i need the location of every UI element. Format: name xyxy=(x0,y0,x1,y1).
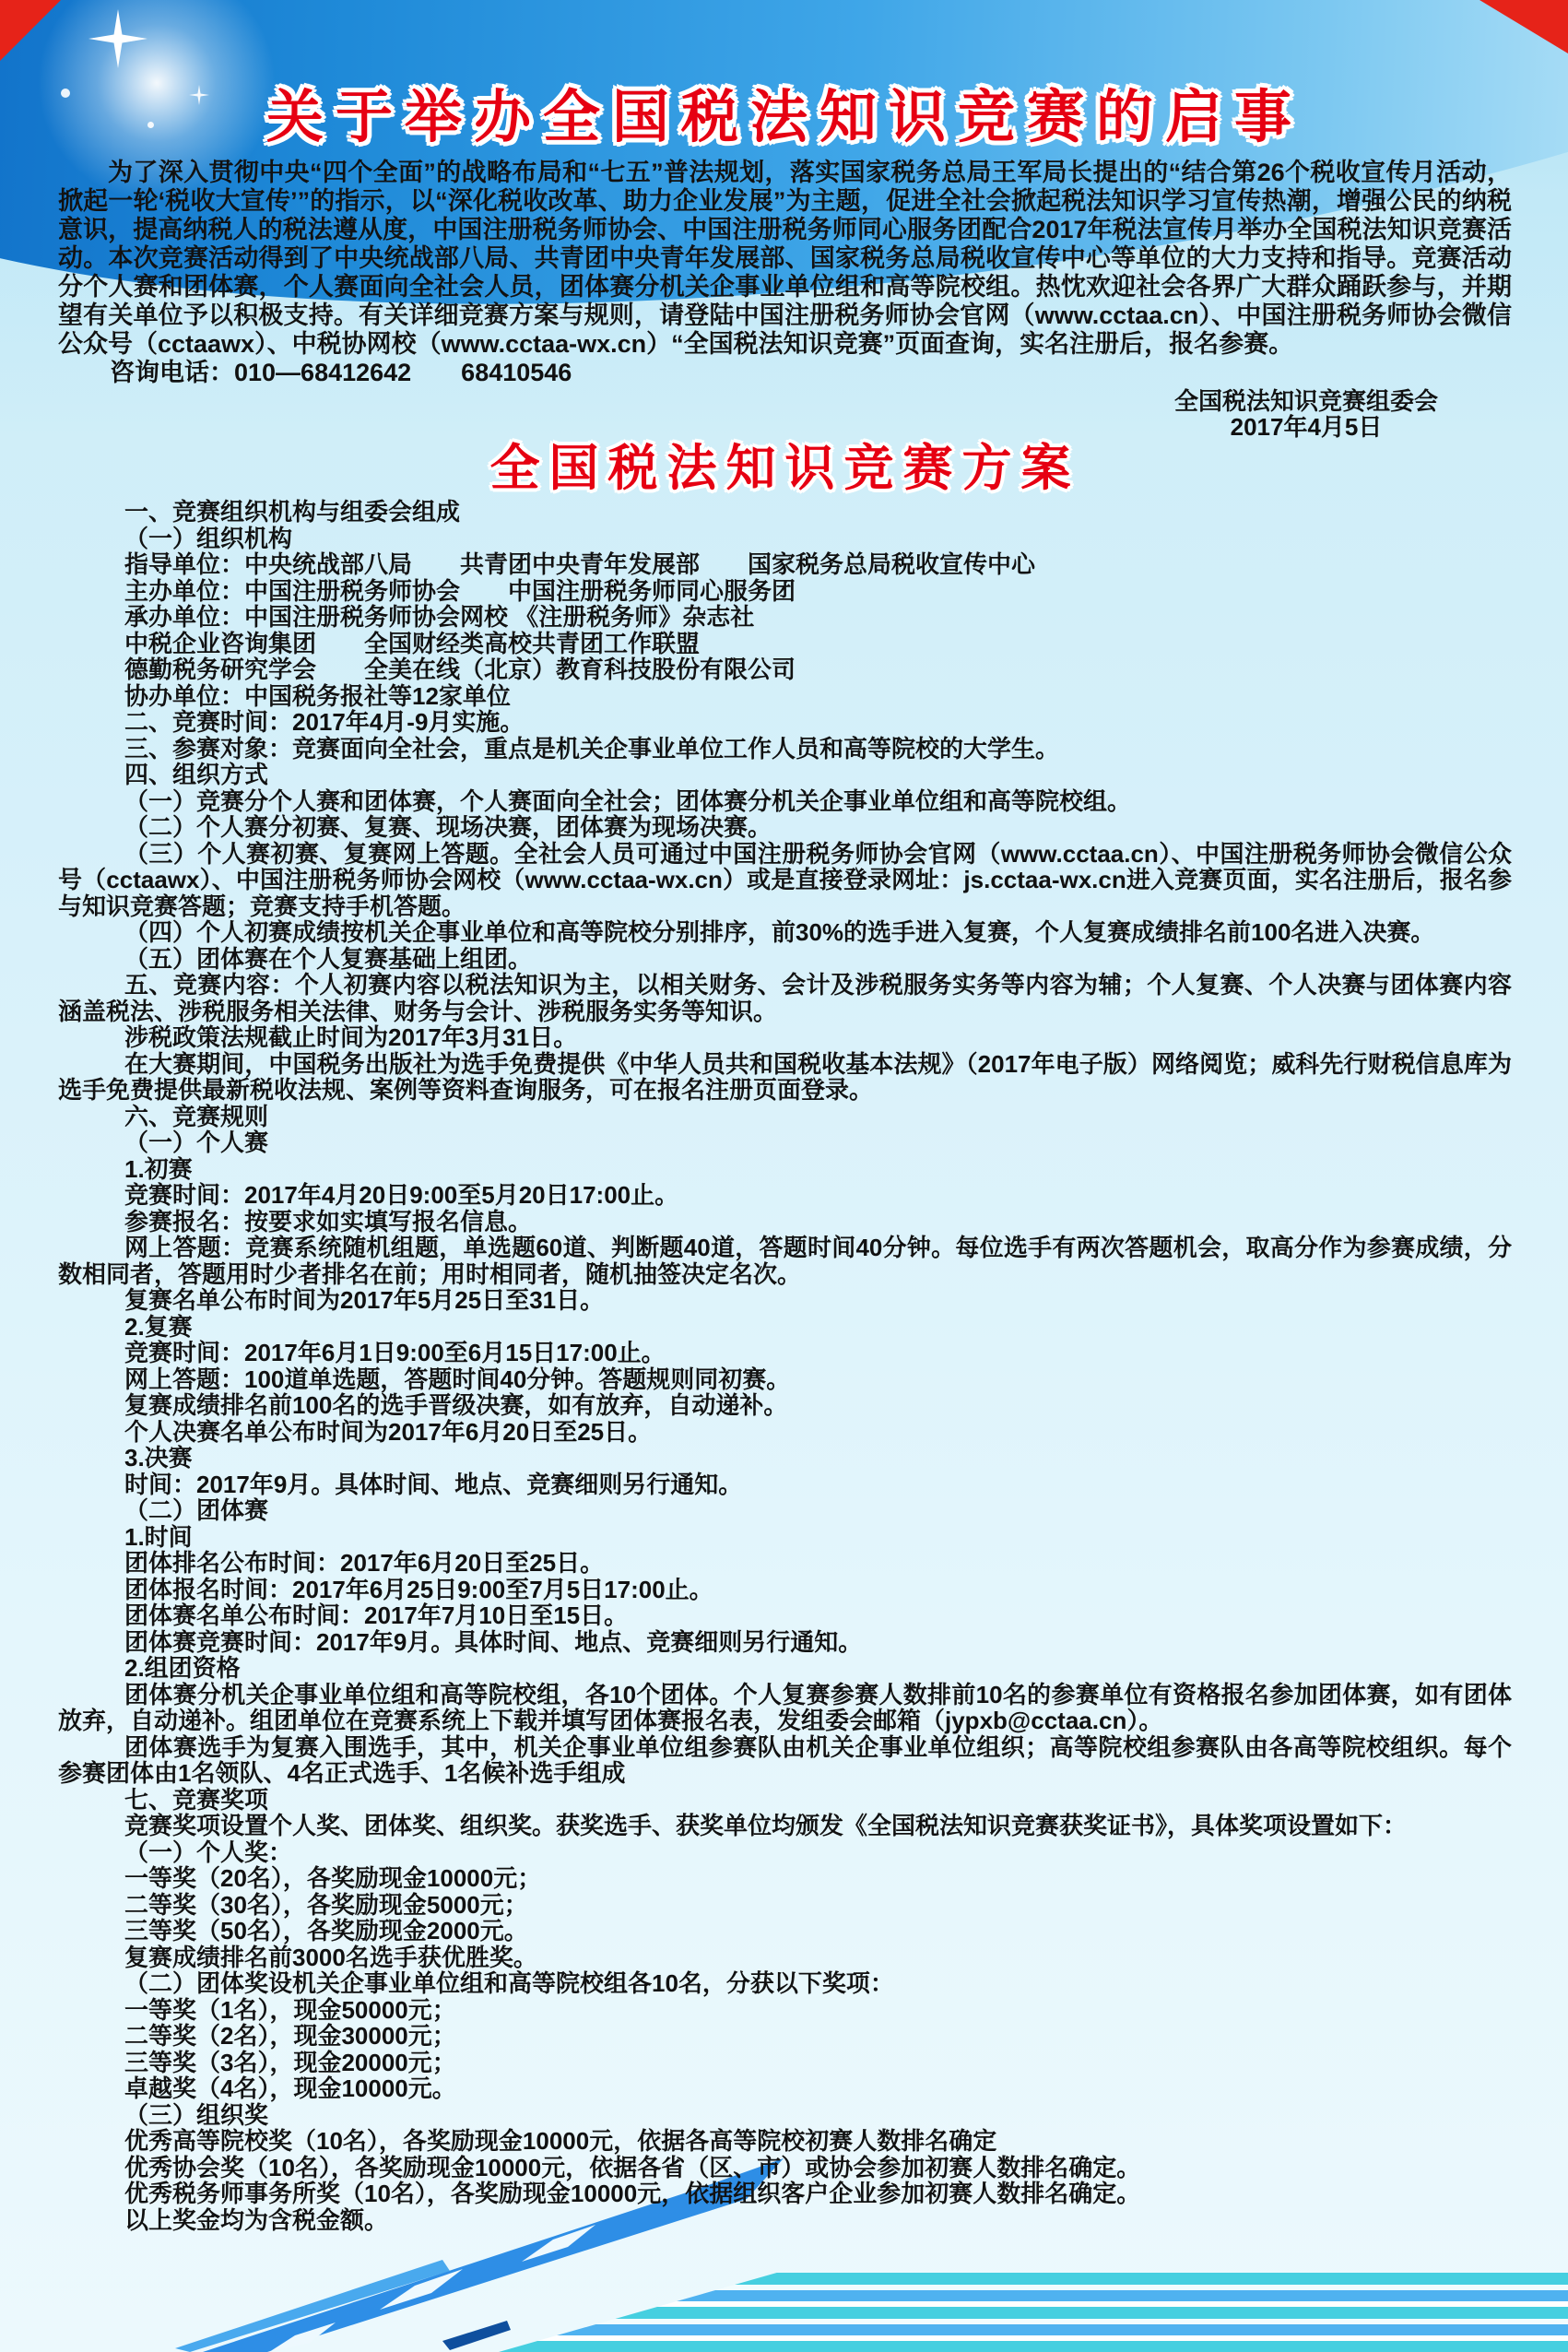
plan-line: 时间：2017年9月。具体时间、地点、竞赛细则另行通知。 xyxy=(58,1471,1512,1498)
plan-line: 在大赛期间，中国税务出版社为选手免费提供《中华人员共和国税收基本法规》（2017… xyxy=(58,1051,1512,1104)
plan-line: （一）竞赛分个人赛和团体赛，个人赛面向全社会；团体赛分机关企事业单位组和高等院校… xyxy=(58,788,1512,815)
plan-line: 参赛报名：按要求如实填写报名信息。 xyxy=(58,1209,1512,1235)
plan-line: （五）团体赛在个人复赛基础上组团。 xyxy=(58,946,1512,973)
plan-line: 二、竞赛时间：2017年4月-9月实施。 xyxy=(58,709,1512,736)
signature-org: 全国税法知识竞赛组委会 xyxy=(1174,388,1438,414)
plan-line: 五、竞赛内容：个人初赛内容以税法知识为主，以相关财务、会计及涉税服务实务等内容为… xyxy=(58,972,1512,1024)
plan-lines: 一、竞赛组织机构与组委会组成（一）组织机构指导单位：中央统战部八局 共青团中央青… xyxy=(58,499,1512,2233)
plan-line: （一）个人奖： xyxy=(58,1839,1512,1866)
plan-line: 竞赛时间：2017年4月20日9:00至5月20日17:00止。 xyxy=(58,1182,1512,1209)
plan-line: 团体报名时间：2017年6月25日9:00至7月5日17:00止。 xyxy=(58,1577,1512,1603)
plan-line: 涉税政策法规截止时间为2017年3月31日。 xyxy=(58,1024,1512,1051)
phone-line: 咨询电话：010—68412642 68410546 xyxy=(58,359,1512,387)
plan-line: 竞赛时间：2017年6月1日9:00至6月15日17:00止。 xyxy=(58,1340,1512,1366)
plan-line: 德勤税务研究学会 全美在线（北京）教育科技股份有限公司 xyxy=(58,656,1512,683)
plan-line: （一）个人赛 xyxy=(58,1129,1512,1156)
plan-line: 团体排名公布时间：2017年6月20日至25日。 xyxy=(58,1550,1512,1577)
plan-line: 3.决赛 xyxy=(58,1445,1512,1471)
plan-line: 三等奖（50名），各奖励现金2000元。 xyxy=(58,1918,1512,1944)
plan-line: （二）团体奖设机关企事业单位组和高等院校组各10名，分获以下奖项： xyxy=(58,1970,1512,1997)
plan-line: 四、组织方式 xyxy=(58,762,1512,788)
plan-line: 2.组团资格 xyxy=(58,1655,1512,1682)
signature-block: 全国税法知识竞赛组委会 2017年4月5日 xyxy=(1174,388,1438,440)
plan-line: 个人决赛名单公布时间为2017年6月20日至25日。 xyxy=(58,1419,1512,1446)
plan-line: 复赛成绩排名前100名的选手晋级决赛，如有放弃，自动递补。 xyxy=(58,1392,1512,1419)
plan-line: 优秀协会奖（10名），各奖励现金10000元，依据各省（区、市）或协会参加初赛人… xyxy=(58,2155,1512,2181)
document-content: 关于举办全国税法知识竞赛的启事 为了深入贯彻中央“四个全面”的战略布局和“七五”… xyxy=(58,79,1512,2233)
plan-line: 一、竞赛组织机构与组委会组成 xyxy=(58,499,1512,526)
plan-line: 卓越奖（4名），现金10000元。 xyxy=(58,2075,1512,2102)
plan-line: 优秀高等院校奖（10名），各奖励现金10000元，依据各高等院校初赛人数排名确定 xyxy=(58,2128,1512,2155)
plan-line: 复赛成绩排名前3000名选手获优胜奖。 xyxy=(58,1944,1512,1971)
plan-line: （四）个人初赛成绩按机关企事业单位和高等院校分别排序，前30%的选手进入复赛，个… xyxy=(58,919,1512,946)
plan-line: 1.初赛 xyxy=(58,1156,1512,1183)
plan-line: 三、参赛对象：竞赛面向全社会，重点是机关企事业单位工作人员和高等院校的大学生。 xyxy=(58,736,1512,762)
plan-line: 团体赛名单公布时间：2017年7月10日至15日。 xyxy=(58,1602,1512,1629)
plan-line: （三）组织奖 xyxy=(58,2102,1512,2129)
plan-line: （三）个人赛初赛、复赛网上答题。全社会人员可通过中国注册税务师协会官网（www.… xyxy=(58,841,1512,920)
plan-line: （二）团体赛 xyxy=(58,1497,1512,1524)
plan-line: 主办单位：中国注册税务师协会 中国注册税务师同心服务团 xyxy=(58,578,1512,605)
notice-title: 关于举办全国税法知识竞赛的启事 xyxy=(58,79,1512,157)
plan-line: 指导单位：中央统战部八局 共青团中央青年发展部 国家税务总局税收宣传中心 xyxy=(58,551,1512,578)
plan-line: （二）个人赛分初赛、复赛、现场决赛，团体赛为现场决赛。 xyxy=(58,814,1512,841)
plan-line: 一等奖（20名），各奖励现金10000元； xyxy=(58,1865,1512,1892)
plan-line: 以上奖金均为含税金额。 xyxy=(58,2207,1512,2234)
plan-line: 1.时间 xyxy=(58,1524,1512,1551)
plan-line: 优秀税务师事务所奖（10名），各奖励现金10000元，依据组织客户企业参加初赛人… xyxy=(58,2181,1512,2207)
plan-line: 二等奖（2名），现金30000元； xyxy=(58,2023,1512,2050)
plan-line: 承办单位：中国注册税务师协会网校 《注册税务师》杂志社 xyxy=(58,604,1512,631)
signature-date: 2017年4月5日 xyxy=(1174,414,1438,440)
plan-line: 团体赛分机关企事业单位组和高等院校组，各10个团体。个人复赛参赛人数排前10名的… xyxy=(58,1682,1512,1734)
plan-line: 团体赛选手为复赛入围选手，其中，机关企事业单位组参赛队由机关企事业单位组织；高等… xyxy=(58,1734,1512,1787)
plan-title: 全国税法知识竞赛方案 xyxy=(58,442,1512,495)
plan-line: 七、竞赛奖项 xyxy=(58,1787,1512,1814)
plan-line: 竞赛奖项设置个人奖、团体奖、组织奖。获奖选手、获奖单位均颁发《全国税法知识竞赛获… xyxy=(58,1813,1512,1839)
poster-page: 关于举办全国税法知识竞赛的启事 为了深入贯彻中央“四个全面”的战略布局和“七五”… xyxy=(0,0,1568,2352)
plan-line: 2.复赛 xyxy=(58,1314,1512,1341)
notice-body: 为了深入贯彻中央“四个全面”的战略布局和“七五”普法规划，落实国家税务总局王军局… xyxy=(58,159,1512,359)
plan-line: 中税企业咨询集团 全国财经类高校共青团工作联盟 xyxy=(58,631,1512,657)
plan-line: 网上答题：100道单选题，答题时间40分钟。答题规则同初赛。 xyxy=(58,1366,1512,1393)
plan-line: 六、竞赛规则 xyxy=(58,1104,1512,1130)
plan-line: 团体赛竞赛时间：2017年9月。具体时间、地点、竞赛细则另行通知。 xyxy=(58,1629,1512,1656)
plan-line: 二等奖（30名），各奖励现金5000元； xyxy=(58,1892,1512,1919)
plan-line: 复赛名单公布时间为2017年5月25日至31日。 xyxy=(58,1287,1512,1314)
plan-line: 网上答题：竞赛系统随机组题，单选题60道、判断题40道，答题时间40分钟。每位选… xyxy=(58,1235,1512,1287)
plan-line: 协办单位：中国税务报社等12家单位 xyxy=(58,683,1512,710)
plan-line: （一）组织机构 xyxy=(58,526,1512,552)
plan-line: 三等奖（3名），现金20000元； xyxy=(58,2050,1512,2076)
plan-line: 一等奖（1名），现金50000元； xyxy=(58,1997,1512,2024)
